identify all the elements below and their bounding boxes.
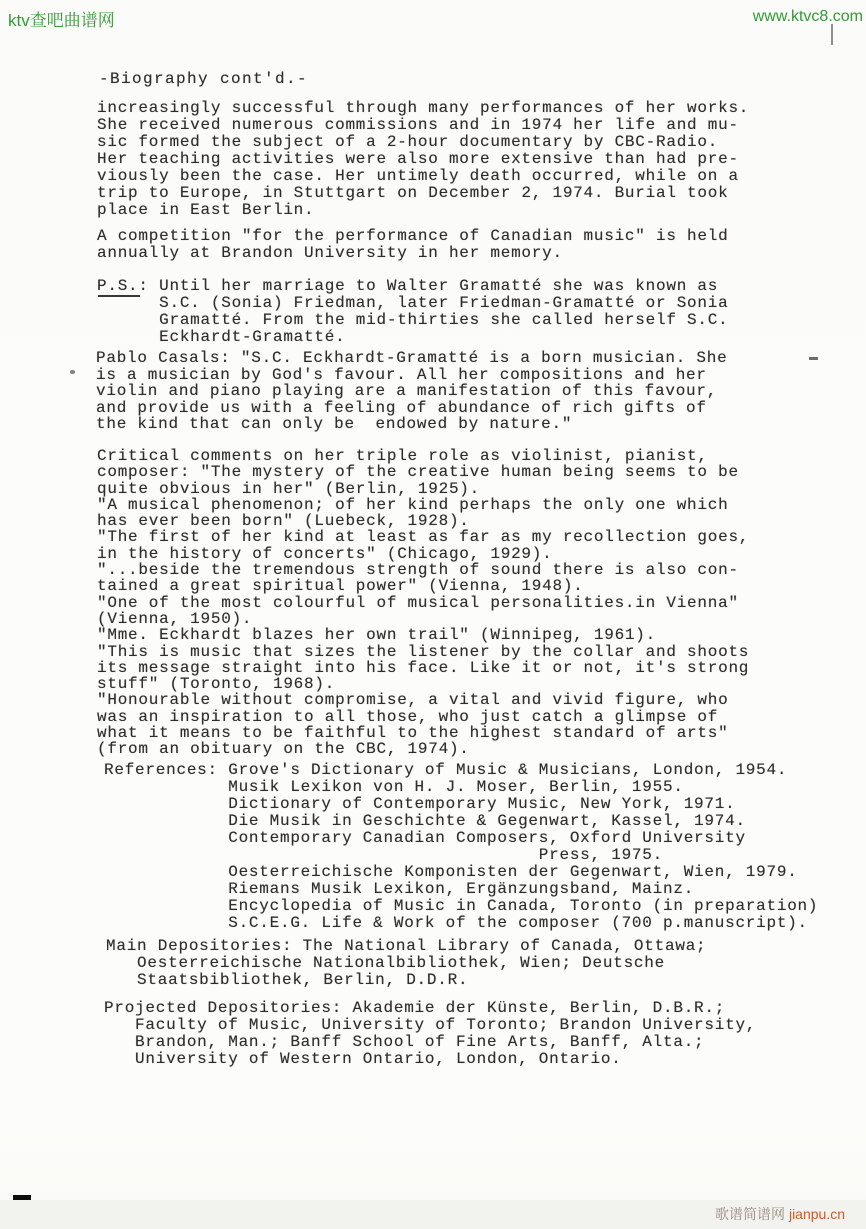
scanned-document-page: ktv查吧曲谱网 www.ktvc8.com -Biography cont'd… xyxy=(0,0,866,1229)
watermark-bottom-right: 歌谱简谱网jianpu.cn xyxy=(715,1204,845,1224)
watermark-top-right: www.ktvc8.com xyxy=(753,8,863,26)
paragraph-postscript: P.S.: Until her marriage to Walter Grama… xyxy=(97,278,728,346)
paragraph-projected-depositories: Projected Depositories: Akademie der Kün… xyxy=(104,1000,756,1068)
watermark-site-name: 歌谱简谱网 xyxy=(715,1206,785,1222)
paragraph-pablo-casals-quote: Pablo Casals: "S.C. Eckhardt-Gramatté is… xyxy=(96,350,727,433)
paragraph-references: References: Grove's Dictionary of Music … xyxy=(104,762,818,932)
paragraph-biography-intro: increasingly successful through many per… xyxy=(97,100,749,219)
scan-artifact-side-dash xyxy=(809,357,818,360)
watermark-top-left: ktv查吧曲谱网 xyxy=(8,6,115,31)
paragraph-critical-comments: Critical comments on her triple role as … xyxy=(97,448,749,758)
ps-label-underline xyxy=(98,295,140,297)
scan-artifact-margin-dot xyxy=(70,370,75,374)
paragraph-main-depositories: Main Depositories: The National Library … xyxy=(106,938,706,989)
document-heading: -Biography cont'd.- xyxy=(99,71,308,88)
scan-artifact-vertical-tick xyxy=(831,24,833,45)
watermark-site-url: jianpu.cn xyxy=(789,1206,845,1222)
paragraph-competition: A competition "for the performance of Ca… xyxy=(97,228,728,262)
page-bottom-strip: 歌谱简谱网jianpu.cn xyxy=(0,1200,866,1229)
